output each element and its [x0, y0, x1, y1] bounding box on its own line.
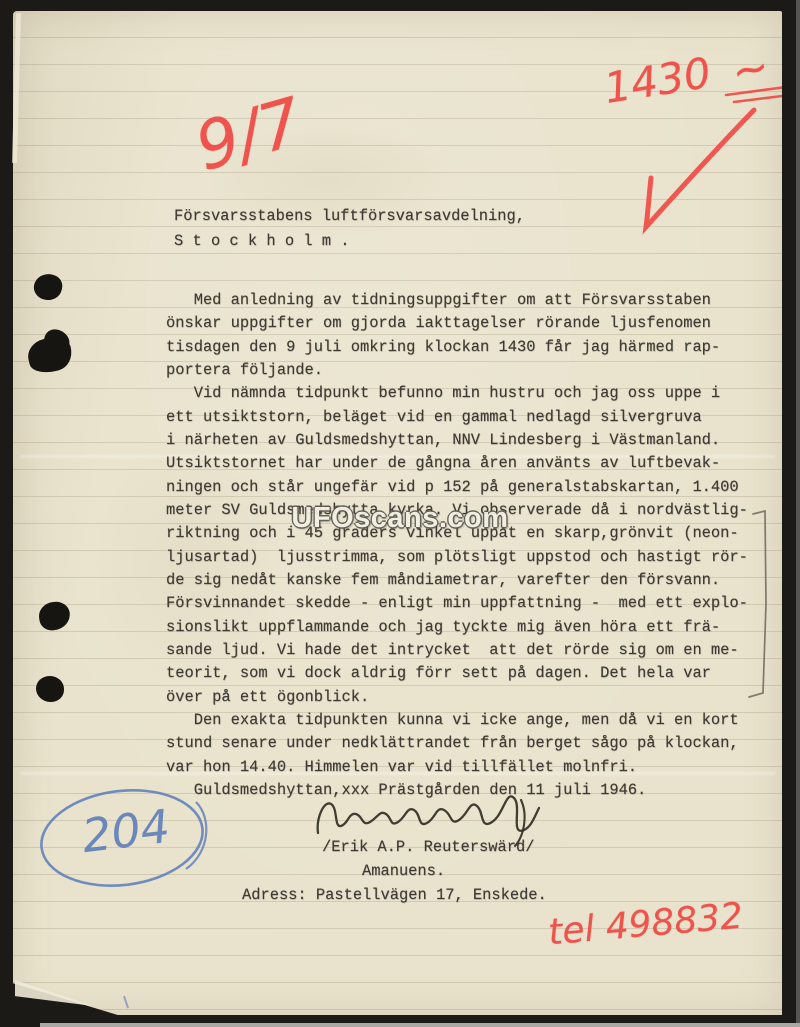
scan-border-top	[0, 0, 800, 11]
letter-body: Med anledning av tidningsuppgifter om at…	[166, 289, 766, 849]
body-line: Vid nämnda tidpunkt befunno min hustru o…	[166, 382, 720, 405]
body-line: Guldsmedshyttan,xxx Prästgården den 11 j…	[166, 779, 646, 802]
watermark: UFOscans.com	[288, 502, 512, 535]
body-line: var hon 14.40. Himmelen var vid tillfäll…	[166, 756, 637, 779]
signatory-title: Amanuens.	[362, 860, 445, 883]
scanner-edge-highlight	[40, 1023, 800, 1027]
body-line: i närheten av Guldsmedshyttan, NNV Linde…	[166, 429, 720, 452]
scanner-edge-highlight	[796, 0, 800, 1027]
scan-border-left	[0, 0, 13, 1027]
body-line: Försvinnandet skedde - enligt min uppfat…	[166, 592, 748, 615]
document-scan: Försvarsstabens luftförsvarsavdelning, S…	[0, 0, 800, 1027]
body-line: Med anledning av tidningsuppgifter om at…	[166, 289, 711, 312]
body-line: portera följande.	[166, 359, 323, 382]
body-line: de sig nedåt kanske fem måndiametrar, va…	[166, 569, 720, 592]
body-line: ljusartad) ljusstrimma, som plötsligt up…	[166, 546, 748, 569]
body-line: sionslikt uppflammande och jag tyckte mi…	[166, 616, 720, 639]
body-line: tisdagen den 9 juli omkring klockan 1430…	[166, 336, 720, 359]
body-line: sande ljud. Vi hade det intrycket att de…	[166, 639, 739, 662]
body-line: teorit, som vi dock aldrig förr sett på …	[166, 662, 711, 685]
body-line: ett utsiktstorn, beläget vid en gammal n…	[166, 406, 702, 429]
recipient-line: S t o c k h o l m .	[174, 230, 349, 253]
body-line: önskar uppgifter om gjorda iakttagelser …	[166, 312, 711, 335]
registry-number-stamp: 204	[79, 799, 173, 863]
signatory-address: Adress: Pastellvägen 17, Enskede.	[242, 884, 547, 907]
punch-hole	[36, 676, 64, 702]
body-line: ningen och står ungefär vid p 152 på gen…	[166, 476, 739, 499]
body-line: över på ett ögonblick.	[166, 686, 369, 709]
typed-signatory-name: /Erik A.P. Reuterswärd/	[322, 836, 534, 859]
body-line: Utsiktstornet har under de gångna åren a…	[166, 452, 720, 475]
body-line: stund senare under nedklättrandet från b…	[166, 732, 739, 755]
recipient-line: Försvarsstabens luftförsvarsavdelning,	[174, 205, 525, 228]
body-line: Den exakta tidpunkten kunna vi icke ange…	[166, 709, 739, 732]
